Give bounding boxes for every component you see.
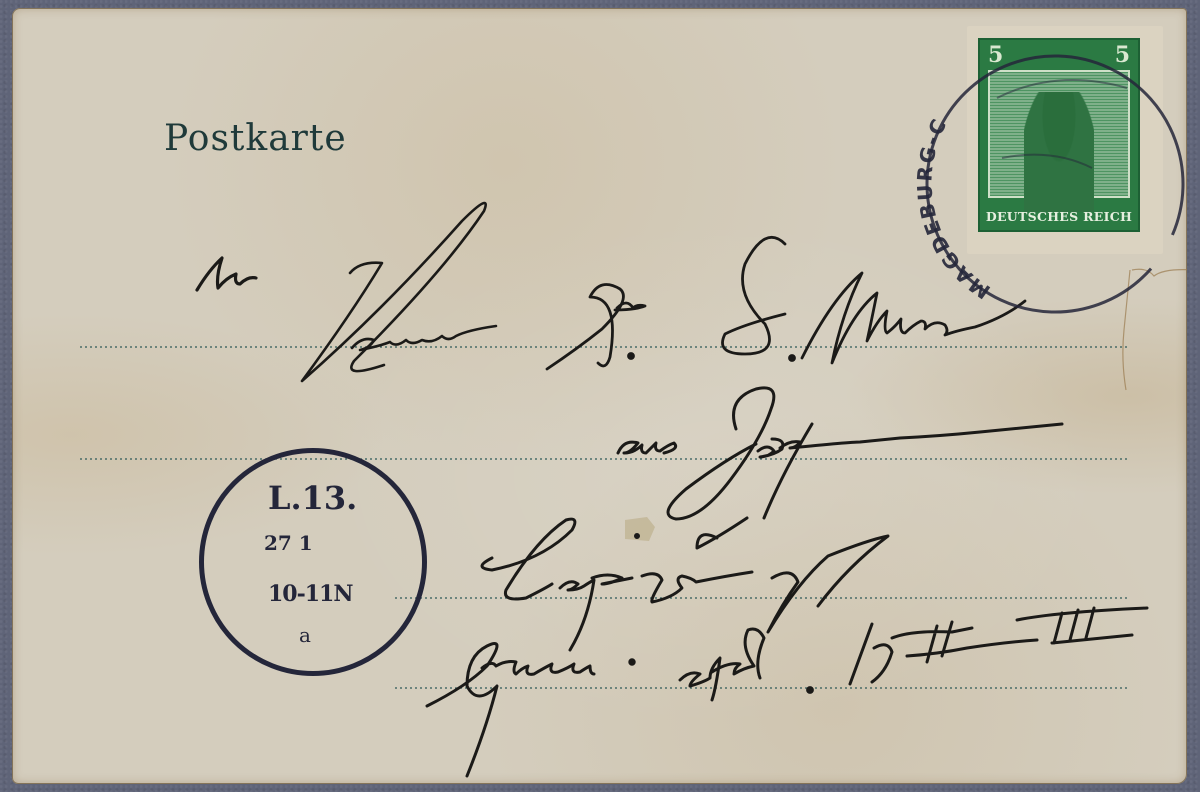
postmark-text: MAGDEBURG-C	[912, 114, 994, 304]
arrival-letter: a	[299, 623, 311, 647]
postcard: Postkarte	[12, 8, 1187, 784]
arrival-date: 27 1	[264, 531, 313, 555]
arrival-date-stamp: L.13. 27 1 10-11N a	[199, 448, 427, 676]
arrival-time: 10-11N	[268, 581, 352, 607]
postmark: MAGDEBURG-C	[12, 8, 1187, 784]
arrival-office: L.13.	[268, 479, 357, 517]
postmark-partial-lettering	[997, 80, 1127, 168]
